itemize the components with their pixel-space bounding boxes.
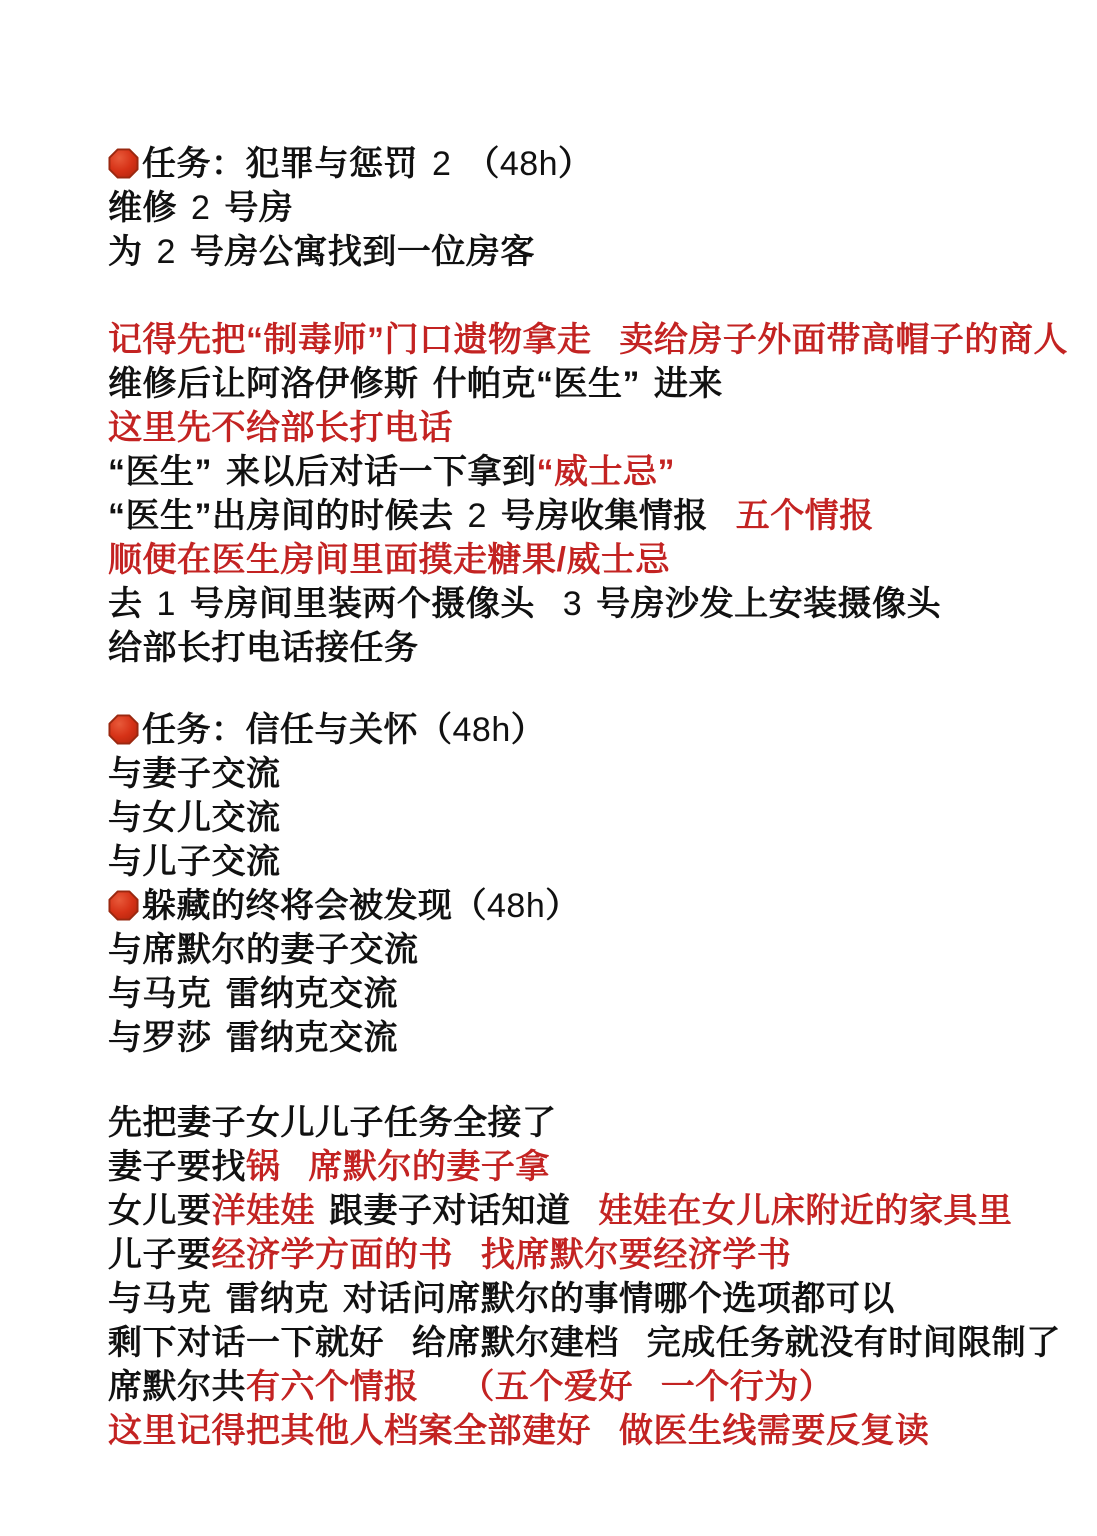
body-text: 席默尔共: [108, 1368, 246, 1406]
latin-text: 48h: [453, 711, 511, 749]
guide-note: 女儿要洋娃娃 跟妻子对话知道 娃娃在女儿床附近的家具里: [108, 1189, 1068, 1233]
guide-note: 席默尔共有六个情报 （五个爱好 一个行为）: [108, 1365, 1068, 1409]
task-objective: 与儿子交流: [108, 840, 1068, 884]
body-text: 维修: [108, 189, 191, 227]
latin-text: 48h: [487, 887, 545, 925]
highlight-red-text: 这里记得把其他人档案全部建好 做医生线需要反复读: [108, 1412, 929, 1450]
task-heading: 躲藏的终将会被发现（48h）: [108, 884, 1068, 928]
body-text: 儿子要: [108, 1236, 212, 1274]
block-gap: [108, 670, 1068, 708]
task-objective: 与罗莎 雷纳克交流: [108, 1016, 1068, 1060]
guide-document: 任务：犯罪与惩罚 2 （48h）维修 2 号房为 2 号房公寓找到一位房客记得先…: [108, 142, 1068, 1453]
task-objective: 与席默尔的妻子交流: [108, 928, 1068, 972]
highlight-red-text: 有六个情报 （五个爱好 一个行为）: [246, 1368, 833, 1406]
guide-note: “医生” 来以后对话一下拿到“威士忌”: [108, 450, 1068, 494]
guide-note: 记得先把“制毒师”门口遗物拿走 卖给房子外面带高帽子的商人: [108, 318, 1068, 362]
guide-note: 这里记得把其他人档案全部建好 做医生线需要反复读: [108, 1409, 1068, 1453]
highlight-red-text: 五个情报: [736, 497, 874, 535]
body-text: 与妻子交流: [108, 755, 281, 793]
body-text: 号房间里装两个摄像头: [176, 585, 563, 623]
body-text: 跟妻子对话知道: [315, 1192, 598, 1230]
guide-note: 维修后让阿洛伊修斯 什帕克“医生” 进来: [108, 362, 1068, 406]
body-text: 妻子要找: [108, 1148, 246, 1186]
body-text: 为: [108, 233, 156, 271]
guide-note: 顺便在医生房间里面摸走糖果/威士忌: [108, 538, 1068, 582]
guide-note: 去 1 号房间里装两个摄像头 3 号房沙发上安装摄像头: [108, 582, 1068, 626]
highlight-red-text: 娃娃在女儿床附近的家具里: [598, 1192, 1012, 1230]
stop-octagon-icon: [108, 890, 139, 921]
latin-text: 2: [467, 497, 486, 535]
guide-note: 剩下对话一下就好 给席默尔建档 完成任务就没有时间限制了: [108, 1321, 1068, 1365]
body-text: 去: [108, 585, 156, 623]
body-text: “医生”出房间的时候去: [108, 497, 467, 535]
guide-note: 这里先不给部长打电话: [108, 406, 1068, 450]
body-text: 号房公寓找到一位房客: [176, 233, 535, 271]
body-text: 与女儿交流: [108, 799, 281, 837]
task-objective: 与妻子交流: [108, 752, 1068, 796]
body-text: 剩下对话一下就好 给席默尔建档 完成任务就没有时间限制了: [108, 1324, 1061, 1362]
body-text: 给部长打电话接任务: [108, 629, 419, 667]
body-text: “医生” 来以后对话一下拿到: [108, 453, 536, 491]
guide-note: 先把妻子女儿儿子任务全接了: [108, 1101, 1068, 1145]
guide-note: “医生”出房间的时候去 2 号房收集情报 五个情报: [108, 494, 1068, 538]
highlight-red-text: 锅 席默尔的妻子拿: [246, 1148, 550, 1186]
body-text: （: [465, 145, 500, 183]
body-text: 与罗莎 雷纳克交流: [108, 1019, 398, 1057]
task-objective: 维修 2 号房: [108, 186, 1068, 230]
body-text: 躲藏的终将会被发现（: [142, 887, 487, 925]
body-text: 号房收集情报: [487, 497, 736, 535]
stop-octagon-icon: [108, 148, 139, 179]
latin-text: 2: [156, 233, 175, 271]
guide-note: 儿子要经济学方面的书 找席默尔要经济学书: [108, 1233, 1068, 1277]
highlight-red-text: 记得先把“制毒师”门口遗物拿走 卖给房子外面带高帽子的商人: [108, 321, 1068, 359]
body-text: 任务：信任与关怀（: [142, 711, 453, 749]
latin-text: 1: [156, 585, 175, 623]
guide-note: 给部长打电话接任务: [108, 626, 1068, 670]
body-text: ）: [545, 887, 580, 925]
highlight-red-text: “威士忌”: [536, 453, 675, 491]
block-gap: [108, 274, 1068, 318]
body-text: 号房沙发上安装摄像头: [582, 585, 941, 623]
task-objective: 为 2 号房公寓找到一位房客: [108, 230, 1068, 274]
guide-note: 妻子要找锅 席默尔的妻子拿: [108, 1145, 1068, 1189]
body-text: 维修后让阿洛伊修斯 什帕克“医生” 进来: [108, 365, 723, 403]
body-text: 与儿子交流: [108, 843, 281, 881]
body-text: 与马克 雷纳克交流: [108, 975, 398, 1013]
body-text: 号房: [210, 189, 293, 227]
body-text: 与席默尔的妻子交流: [108, 931, 419, 969]
task-heading: 任务：信任与关怀（48h）: [108, 708, 1068, 752]
guide-note: 与马克 雷纳克 对话问席默尔的事情哪个选项都可以: [108, 1277, 1068, 1321]
highlight-red-text: 经济学方面的书 找席默尔要经济学书: [212, 1236, 792, 1274]
task-objective: 与马克 雷纳克交流: [108, 972, 1068, 1016]
body-text: 先把妻子女儿儿子任务全接了: [108, 1104, 557, 1142]
body-text: 女儿要: [108, 1192, 212, 1230]
stop-octagon-icon: [108, 714, 139, 745]
task-heading: 任务：犯罪与惩罚 2 （48h）: [108, 142, 1068, 186]
body-text: 与马克 雷纳克 对话问席默尔的事情哪个选项都可以: [108, 1280, 895, 1318]
body-text: 任务：犯罪与惩罚: [142, 145, 432, 183]
task-objective: 与女儿交流: [108, 796, 1068, 840]
highlight-red-text: 顺便在医生房间里面摸走糖果/威士忌: [108, 541, 670, 579]
body-text: ）: [511, 711, 546, 749]
highlight-red-text: 这里先不给部长打电话: [108, 409, 453, 447]
latin-text: 2: [191, 189, 210, 227]
highlight-red-text: 洋娃娃: [212, 1192, 316, 1230]
block-gap: [108, 1060, 1068, 1101]
latin-text: 48h: [500, 145, 558, 183]
latin-text: 2: [432, 145, 465, 183]
body-text: ）: [558, 145, 593, 183]
latin-text: 3: [563, 585, 582, 623]
